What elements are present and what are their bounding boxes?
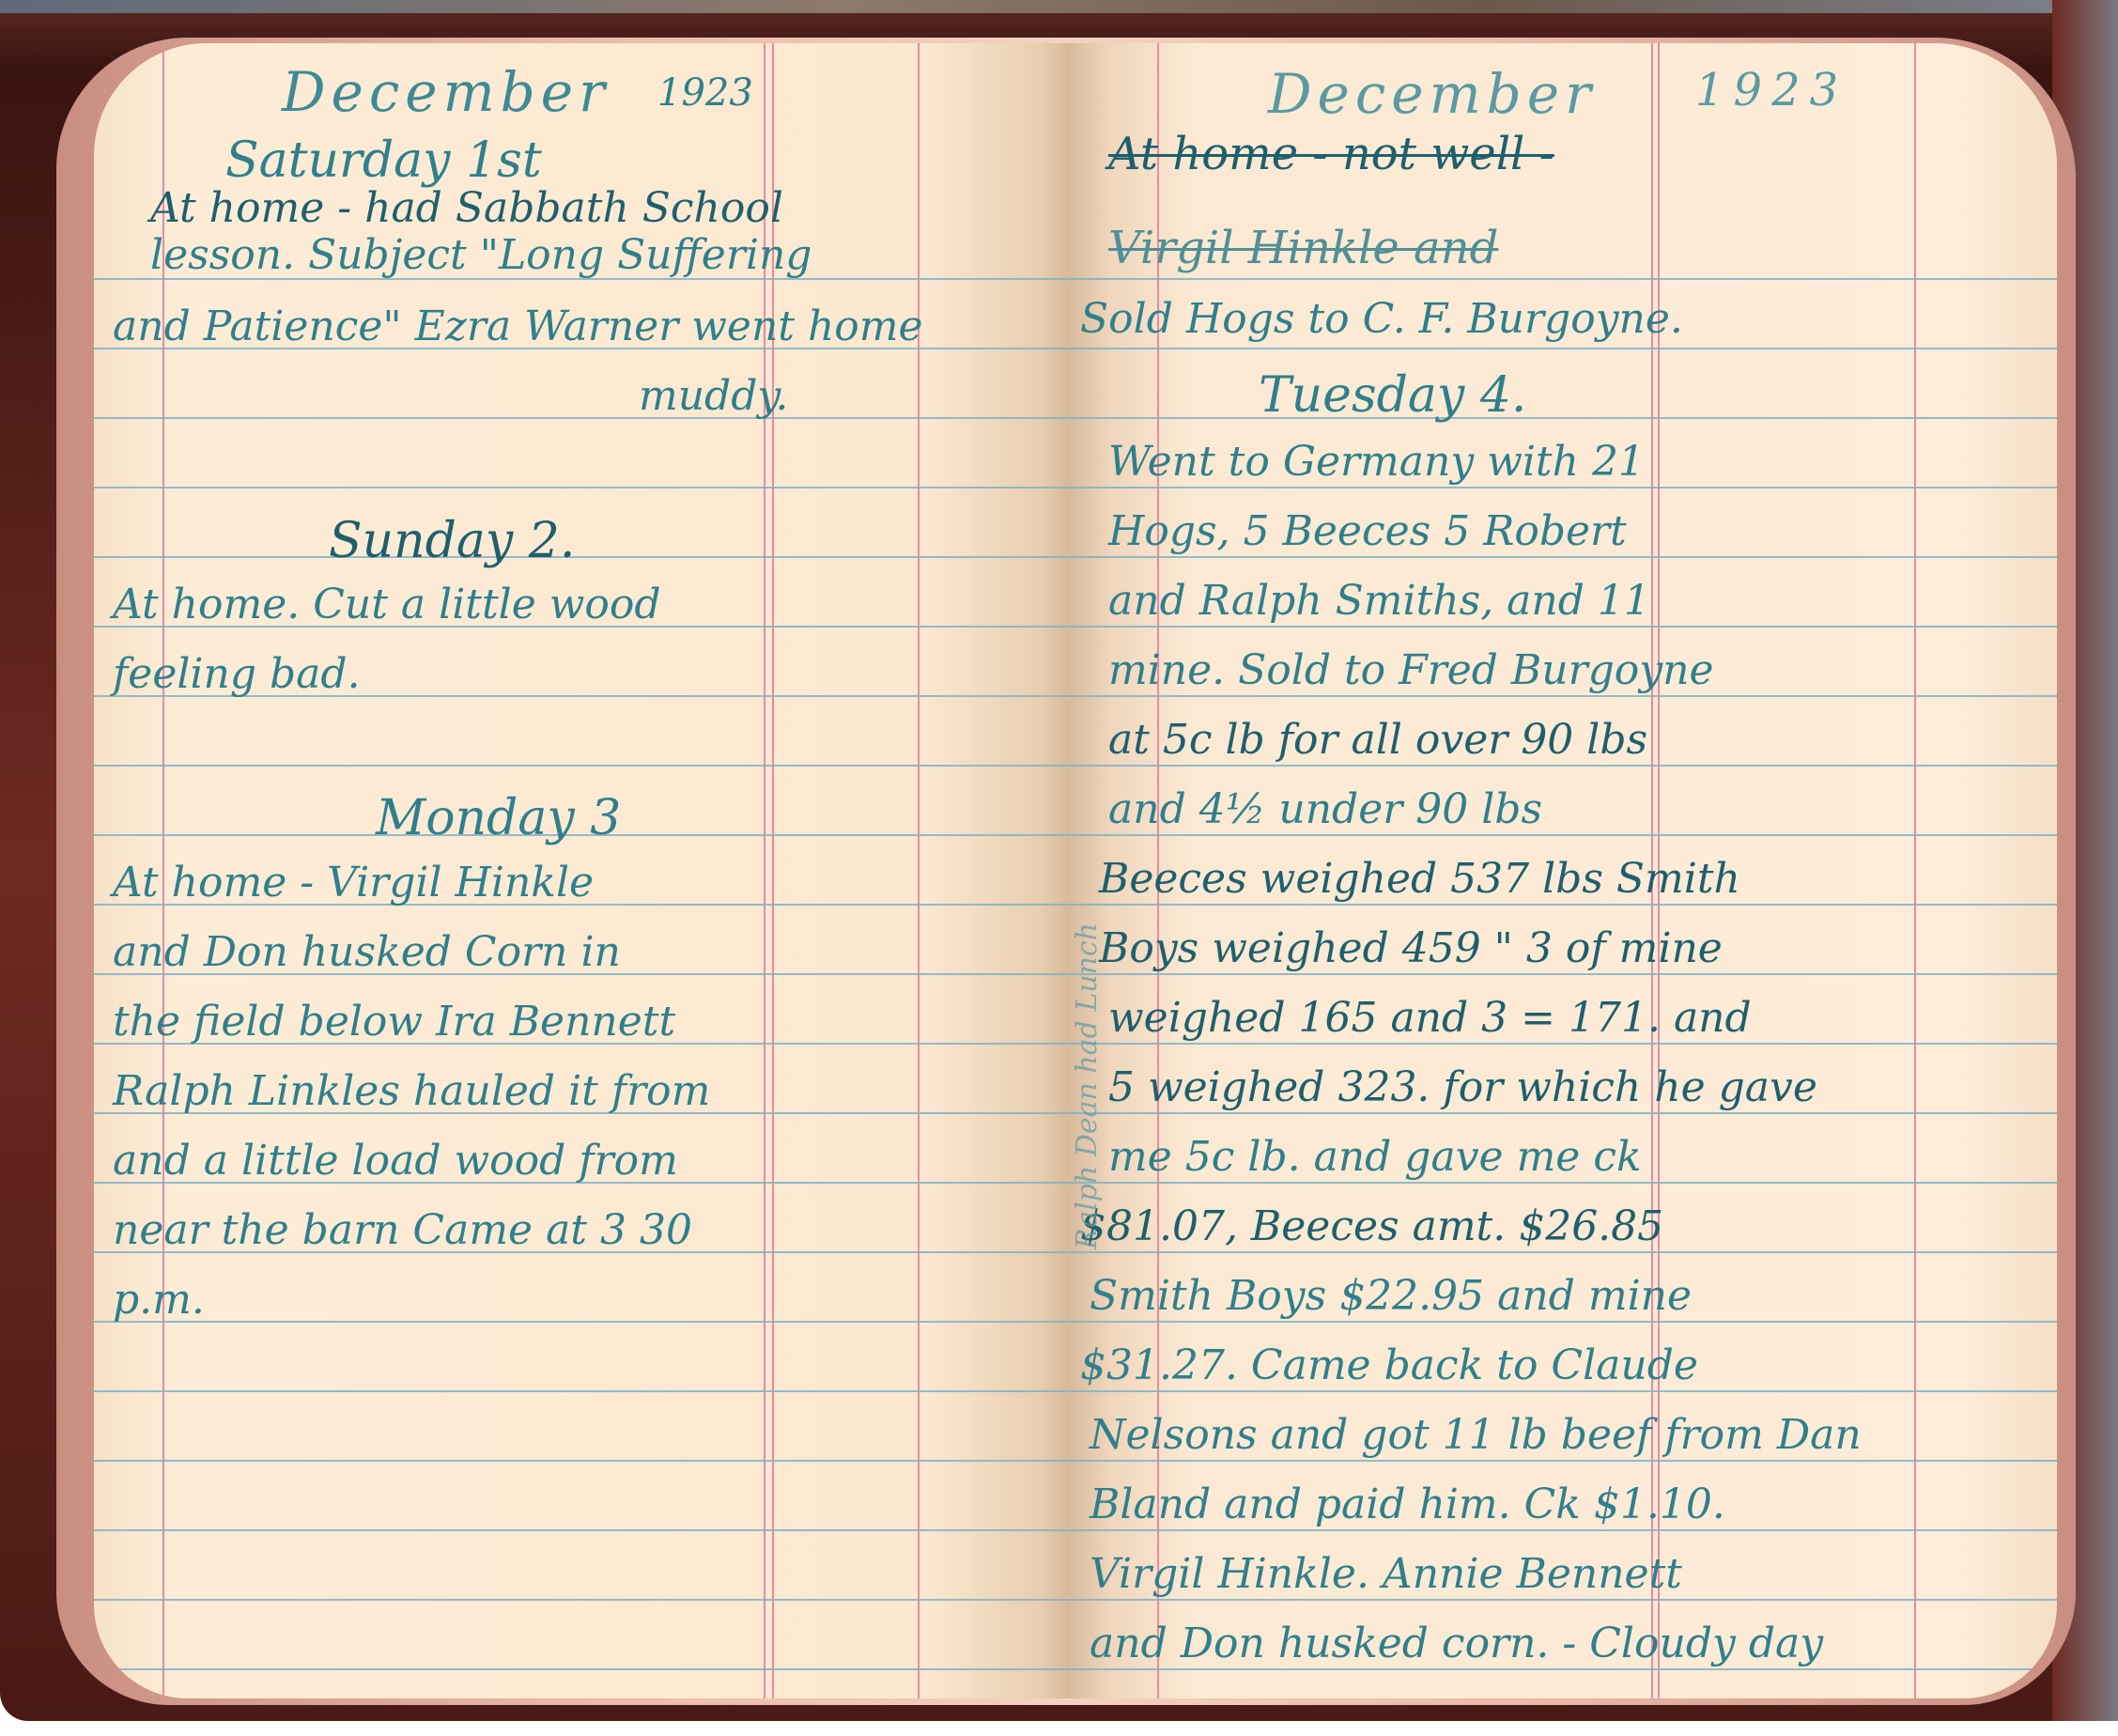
entry-line: Hogs, 5 Beeces 5 Robert bbox=[1108, 507, 1627, 555]
ruled-line bbox=[1071, 417, 2057, 419]
ruled-line bbox=[1071, 1321, 2057, 1323]
ruled-line bbox=[1071, 973, 2057, 975]
ruled-line bbox=[94, 1390, 1071, 1392]
entry-day: Monday 3 bbox=[376, 790, 621, 846]
year-header: 1923 bbox=[657, 71, 753, 115]
ruled-line bbox=[1071, 1529, 2057, 1531]
ruled-line bbox=[94, 1460, 1071, 1462]
margin-rule bbox=[1914, 43, 1916, 1698]
entry-line: Bland and paid him. Ck $1.10. bbox=[1090, 1480, 1725, 1528]
entry-line: 5 weighed 323. for which he gave bbox=[1108, 1063, 1817, 1111]
ruled-line bbox=[94, 1599, 1071, 1601]
entry-day: Saturday 1st bbox=[225, 132, 542, 189]
ruled-line bbox=[94, 1668, 1071, 1670]
struck-line: At home - not well - bbox=[1108, 128, 1554, 180]
ruled-line bbox=[1071, 626, 2057, 628]
ruled-line bbox=[1071, 765, 2057, 767]
month-header: December bbox=[1268, 62, 1597, 126]
entry-line: Nelsons and got 11 lb beef from Dan bbox=[1090, 1411, 1862, 1459]
entry-line: At home - Virgil Hinkle bbox=[113, 859, 594, 907]
ruled-line bbox=[94, 487, 1071, 488]
ruled-line bbox=[1071, 834, 2057, 836]
ruled-line bbox=[1071, 904, 2057, 906]
left-page: December 1923 Saturday 1st At home - had… bbox=[94, 43, 1071, 1698]
ruled-line bbox=[94, 1529, 1071, 1531]
ruled-line bbox=[1071, 348, 2057, 349]
ruled-line bbox=[1071, 1043, 2057, 1045]
ruled-line bbox=[1071, 556, 2057, 558]
entry-line: and 4½ under 90 lbs bbox=[1108, 785, 1542, 833]
ruled-line bbox=[1071, 1112, 2057, 1114]
entry-line: mine. Sold to Fred Burgoyne bbox=[1108, 646, 1714, 694]
ruled-line bbox=[1071, 695, 2057, 697]
sold-line: Sold Hogs to C. F. Burgoyne. bbox=[1080, 295, 1683, 343]
right-page: December 1923 At home - not well - Virgi… bbox=[1071, 43, 2057, 1698]
margin-rule bbox=[772, 43, 774, 1698]
entry-line: feeling bad. bbox=[113, 650, 361, 698]
month-header: December bbox=[282, 60, 611, 124]
margin-rule bbox=[918, 43, 920, 1698]
entry-line: muddy. bbox=[639, 372, 788, 420]
ruled-line bbox=[1071, 1599, 2057, 1601]
entry-line: Smith Boys $22.95 and mine bbox=[1090, 1272, 1692, 1320]
entry-day: Sunday 2. bbox=[329, 513, 575, 569]
entry-line: and Don husked corn. - Cloudy day bbox=[1090, 1620, 1823, 1667]
ruled-line bbox=[94, 417, 1071, 419]
ruled-line bbox=[1071, 278, 2057, 280]
entry-line: At home. Cut a little wood bbox=[113, 581, 661, 628]
margin-rule bbox=[764, 43, 765, 1698]
ruled-line bbox=[1071, 1668, 2057, 1670]
gutter-margin-note: Ralph Dean had Lunch bbox=[1071, 742, 1108, 1268]
entry-line: lesson. Subject "Long Suffering bbox=[150, 231, 812, 279]
entry-line: $81.07, Beeces amt. $26.85 bbox=[1080, 1202, 1663, 1250]
ruled-line bbox=[1071, 1251, 2057, 1253]
ruled-line bbox=[1071, 1182, 2057, 1184]
entry-day: Tuesday 4. bbox=[1259, 367, 1526, 424]
ruled-line bbox=[94, 556, 1071, 558]
year-header: 1923 bbox=[1695, 64, 1847, 116]
entry-line: Boys weighed 459 " 3 of mine bbox=[1099, 924, 1723, 972]
scan-top-edge bbox=[0, 0, 2118, 13]
entry-line: near the barn Came at 3 30 bbox=[113, 1206, 692, 1254]
entry-line: Beeces weighed 537 lbs Smith bbox=[1099, 855, 1740, 903]
margin-note-text: Ralph Dean had Lunch bbox=[1071, 922, 1104, 1249]
ruled-line bbox=[94, 765, 1071, 767]
entry-line: weighed 165 and 3 = 171. and bbox=[1108, 994, 1752, 1042]
entry-line: and Ralph Smiths, and 11 bbox=[1108, 577, 1650, 625]
entry-line: At home - had Sabbath School bbox=[150, 184, 783, 232]
struck-line: Virgil Hinkle and bbox=[1108, 222, 1498, 274]
ruled-line bbox=[1071, 487, 2057, 488]
ruled-line bbox=[94, 1321, 1071, 1323]
ruled-line bbox=[1071, 1460, 2057, 1462]
entry-line: p.m. bbox=[113, 1276, 205, 1324]
entry-line: the field below Ira Bennett bbox=[113, 998, 675, 1046]
entry-line: and Patience" Ezra Warner went home bbox=[113, 302, 923, 350]
entry-line: and Don husked Corn in bbox=[113, 928, 621, 976]
entry-line: Ralph Linkles hauled it from bbox=[113, 1067, 710, 1115]
ruled-line bbox=[1071, 1390, 2057, 1392]
entry-line: Went to Germany with 21 bbox=[1108, 438, 1645, 486]
entry-line: $31.27. Came back to Claude bbox=[1080, 1341, 1698, 1389]
entry-line: Virgil Hinkle. Annie Bennett bbox=[1090, 1550, 1682, 1598]
entry-line: and a little load wood from bbox=[113, 1137, 678, 1185]
entry-line: at 5c lb for all over 90 lbs bbox=[1108, 716, 1647, 764]
entry-line: me 5c lb. and gave me ck bbox=[1108, 1133, 1642, 1181]
